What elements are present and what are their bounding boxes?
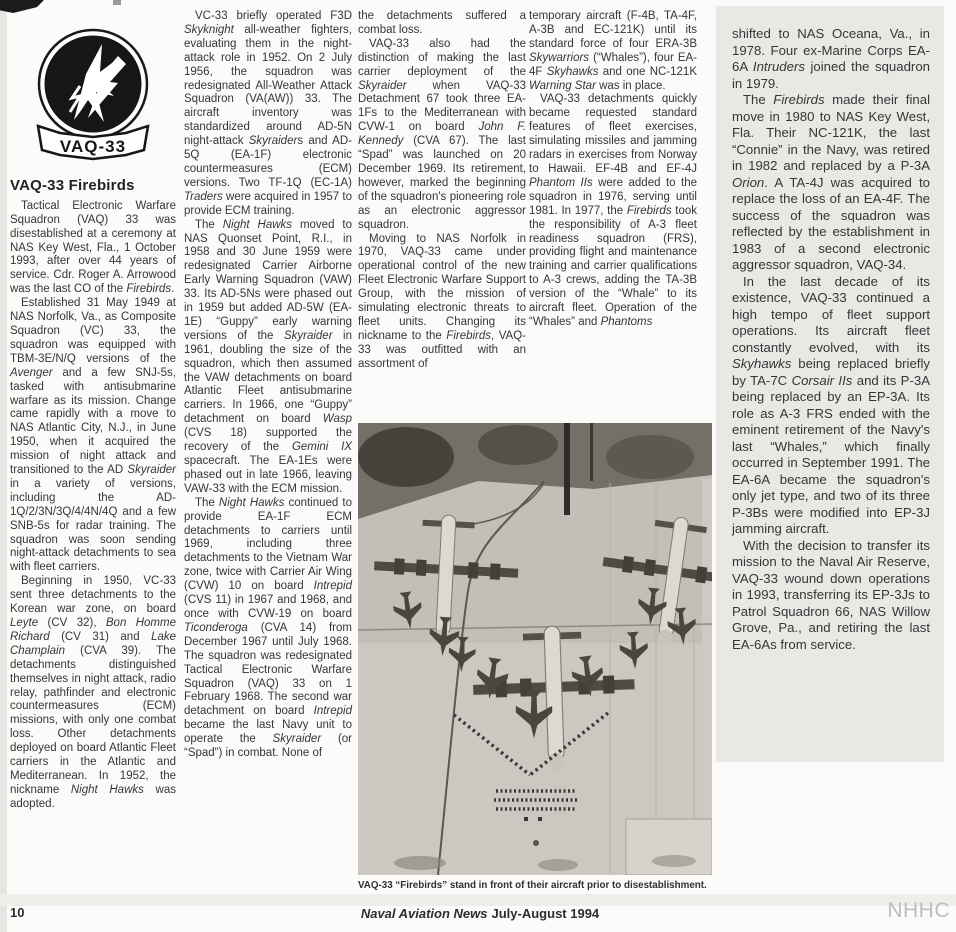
text-segment: in 1961, doubling the size of the squadr… bbox=[184, 330, 352, 425]
aerial-photo bbox=[358, 423, 712, 875]
article-paragraph: In the last decade of its existence, VAQ… bbox=[732, 274, 930, 538]
article-paragraph: The Night Hawks continued to provide EA-… bbox=[184, 497, 352, 761]
personnel-marker bbox=[538, 817, 542, 821]
article-paragraph: The Firebirds made their final move in 1… bbox=[732, 92, 930, 274]
text-segment: (CV 32), bbox=[38, 617, 106, 629]
scan-artifact-small bbox=[113, 0, 121, 5]
text-segment: in a variety of versions, including the … bbox=[10, 478, 176, 573]
page-number: 10 bbox=[10, 905, 24, 920]
text-segment: Moving to NAS Norfolk in 1970, VAQ-33 ca… bbox=[358, 233, 526, 342]
text-segment: Tactical Electronic Warfare Squadron (VA… bbox=[10, 200, 176, 295]
text-segment: Skyhawks bbox=[732, 356, 791, 371]
text-segment: Phantoms bbox=[601, 316, 653, 328]
ground-smudge bbox=[652, 855, 696, 867]
text-segment: Orion bbox=[732, 175, 764, 190]
text-segment: Established 31 May 1949 at NAS Norfolk, … bbox=[10, 297, 176, 365]
text-segment: Night Hawks bbox=[223, 219, 292, 231]
text-segment: was in place. bbox=[596, 80, 666, 92]
text-segment: Night Hawks bbox=[219, 497, 284, 509]
text-segment: Leyte bbox=[10, 617, 38, 629]
text-segment: Phantom IIs bbox=[529, 177, 593, 189]
text-segment: Skyknight bbox=[184, 24, 234, 36]
article-paragraph: VAQ-33 detachments quickly became reques… bbox=[529, 93, 697, 329]
text-segment: and its P-3A being replaced by an EP-3A.… bbox=[732, 373, 930, 537]
text-segment: Skyhawks bbox=[547, 66, 599, 78]
article-paragraph: VAQ-33 also had the distinction of makin… bbox=[358, 38, 526, 233]
text-segment: With the decision to transfer its missio… bbox=[732, 538, 930, 652]
text-segment: Intrepid bbox=[314, 705, 352, 717]
page-footer: Naval Aviation NewsJuly-August 1994 bbox=[250, 906, 710, 921]
text-segment: VC-33 briefly operated F3D bbox=[195, 10, 352, 22]
column-5-text: shifted to NAS Oceana, Va., in 1978. Fou… bbox=[732, 26, 930, 653]
text-segment: (CVA 14) from December 1967 until July 1… bbox=[184, 622, 352, 717]
article-paragraph: temporary aircraft (F-4B, TA-4F, A-3B an… bbox=[529, 10, 697, 93]
text-segment: all-weather fighters, evaluating them in… bbox=[184, 24, 352, 147]
article-title: VAQ-33 Firebirds bbox=[10, 179, 176, 193]
scan-edge-strip bbox=[0, 0, 7, 932]
insignia-banner-text: VAQ-33 bbox=[60, 137, 126, 156]
text-segment: Gemini IX bbox=[292, 441, 352, 453]
magazine-page: VAQ-33 VAQ-33 Firebirds Tactical Electro… bbox=[0, 0, 956, 932]
text-segment: and one NC-121K bbox=[598, 66, 697, 78]
column-2: VC-33 briefly operated F3D Skyknight all… bbox=[184, 10, 352, 761]
text-segment: Skyraider bbox=[358, 80, 407, 92]
text-segment: Intrepid bbox=[314, 580, 352, 592]
text-segment: Skyraider bbox=[127, 464, 176, 476]
article-paragraph: Moving to NAS Norfolk in 1970, VAQ-33 ca… bbox=[358, 233, 526, 372]
text-segment: the detachments suffered a combat loss. bbox=[358, 10, 526, 36]
text-segment: Ticonderoga bbox=[184, 622, 248, 634]
text-segment: continued to provide EA-1F ECM detachmen… bbox=[184, 497, 352, 592]
text-segment: Firebirds bbox=[446, 330, 491, 342]
text-segment: In the last decade of its existence, VAQ… bbox=[732, 274, 930, 355]
article-paragraph: the detachments suffered a combat loss. bbox=[358, 10, 526, 38]
text-segment: (CVS 11) in 1967 and 1968, and once with… bbox=[184, 594, 352, 620]
text-segment: (CV 31) and bbox=[50, 631, 151, 643]
scan-edge-strip-bottom bbox=[0, 894, 956, 906]
text-segment: Beginning in 1950, VC-33 sent three deta… bbox=[10, 575, 176, 615]
text-segment: (CVA 67). The last “Spad” was launched o… bbox=[358, 135, 526, 230]
article-paragraph: VC-33 briefly operated F3D Skyknight all… bbox=[184, 10, 352, 219]
text-segment: Night Hawks bbox=[71, 784, 144, 796]
squadron-patch-icon: VAQ-33 bbox=[30, 26, 156, 166]
text-segment: . bbox=[171, 283, 174, 295]
issue-date: July-August 1994 bbox=[492, 906, 600, 921]
text-segment: Warning Star bbox=[529, 80, 596, 92]
ground-smudge bbox=[538, 859, 578, 871]
text-segment: temporary aircraft (F-4B, TA-4F, A-3B an… bbox=[529, 10, 697, 50]
text-segment: Firebirds bbox=[773, 92, 824, 107]
column-1-text: Tactical Electronic Warfare Squadron (VA… bbox=[10, 200, 176, 812]
article-paragraph: Beginning in 1950, VC-33 sent three deta… bbox=[10, 575, 176, 811]
journal-name: Naval Aviation News bbox=[361, 906, 488, 921]
text-segment: and a few SNJ-5s, tasked with antisubmar… bbox=[10, 367, 176, 476]
text-segment: Corsair IIs bbox=[792, 373, 853, 388]
nhhc-watermark: NHHC bbox=[887, 899, 950, 923]
aerial-photo-illustration bbox=[358, 423, 712, 875]
column-5-panel: shifted to NAS Oceana, Va., in 1978. Fou… bbox=[716, 6, 944, 762]
text-segment: Firebirds bbox=[126, 283, 171, 295]
ground-smudge bbox=[394, 856, 446, 870]
column-1: VAQ-33 VAQ-33 Firebirds Tactical Electro… bbox=[10, 10, 176, 812]
text-segment: VAQ-33 also had the distinction of makin… bbox=[358, 38, 526, 78]
photo-caption: VAQ-33 “Firebirds” stand in front of the… bbox=[358, 880, 714, 891]
text-segment: Skyraider bbox=[273, 733, 322, 745]
text-segment: VAQ-33 detachments quickly became reques… bbox=[529, 93, 697, 175]
text-segment: The bbox=[743, 92, 773, 107]
text-segment: spacecraft. The EA-1Es were phased out i… bbox=[184, 455, 352, 495]
text-segment: Wasp bbox=[323, 413, 352, 425]
text-segment: Skyraider bbox=[284, 330, 333, 342]
ground-mark bbox=[533, 840, 539, 846]
article-paragraph: Established 31 May 1949 at NAS Norfolk, … bbox=[10, 297, 176, 575]
text-segment: The bbox=[195, 219, 223, 231]
text-segment: Firebirds bbox=[627, 205, 672, 217]
text-segment: Skyraider bbox=[249, 135, 298, 147]
article-paragraph: With the decision to transfer its missio… bbox=[732, 538, 930, 654]
text-segment: took the responsibility of A-3 fleet rea… bbox=[529, 205, 697, 328]
vaq33-insignia: VAQ-33 bbox=[30, 26, 156, 171]
text-segment: Skywarriors bbox=[529, 52, 589, 64]
text-segment: moved to NAS Quonset Point, R.I., in 195… bbox=[184, 219, 352, 342]
column-4: temporary aircraft (F-4B, TA-4F, A-3B an… bbox=[529, 10, 697, 330]
text-segment: The bbox=[195, 497, 219, 509]
article-paragraph: shifted to NAS Oceana, Va., in 1978. Fou… bbox=[732, 26, 930, 92]
text-segment: Traders bbox=[184, 191, 223, 203]
text-segment: Intruders bbox=[753, 59, 805, 74]
text-segment: Avenger bbox=[10, 367, 53, 379]
personnel-marker bbox=[524, 817, 528, 821]
column-3: the detachments suffered a combat loss.V… bbox=[358, 10, 526, 372]
article-paragraph: The Night Hawks moved to NAS Quonset Poi… bbox=[184, 219, 352, 497]
article-paragraph: Tactical Electronic Warfare Squadron (VA… bbox=[10, 200, 176, 297]
text-segment: (CVA 39). The detachments distinguished … bbox=[10, 645, 176, 796]
